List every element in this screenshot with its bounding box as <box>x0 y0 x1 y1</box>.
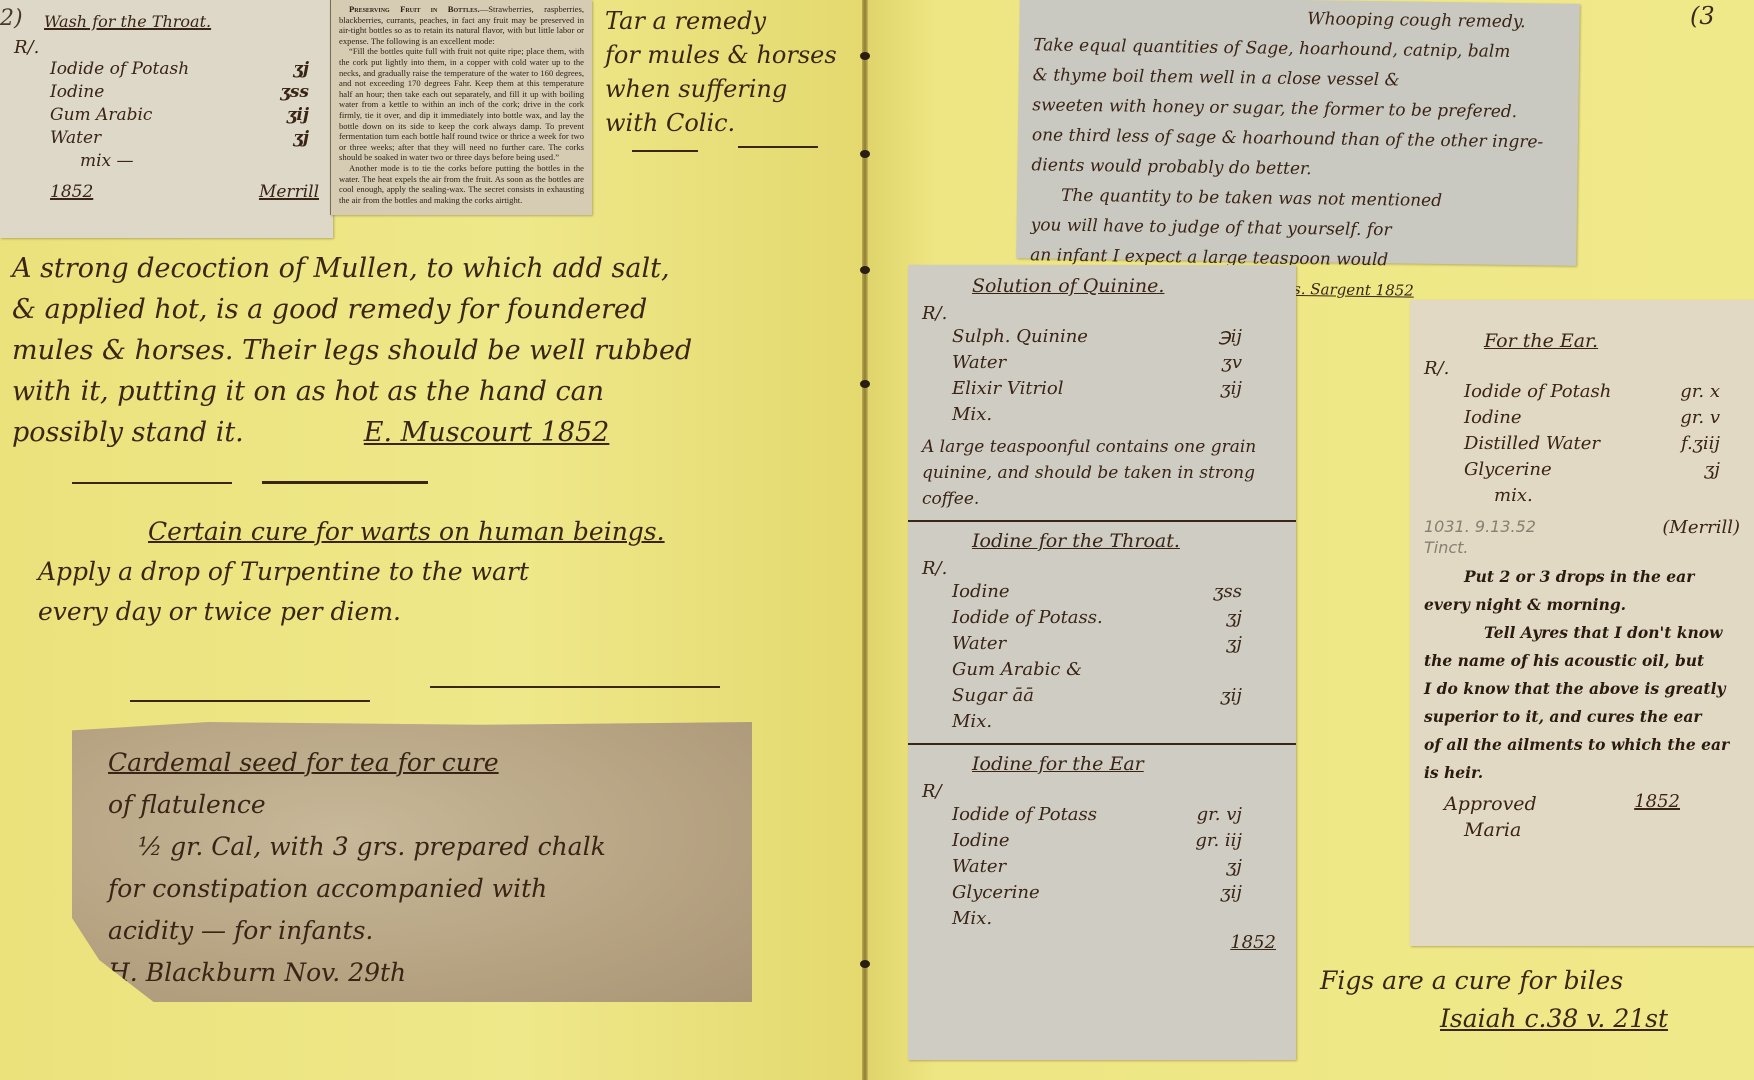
divider-line <box>738 146 818 148</box>
slip-year: 1852 <box>922 932 1276 953</box>
mix-instruction: Mix. <box>922 709 1282 735</box>
slip-title: For the Ear. <box>1484 330 1740 352</box>
mullen-signature: E. Muscourt 1852 <box>364 412 610 453</box>
ingredient-row: Iodineʒss <box>50 81 319 104</box>
ingredient-row: Waterʒj <box>50 127 319 150</box>
divider-line <box>130 700 370 702</box>
clipping-paragraph: “Fill the bottles quite full with fruit … <box>339 46 584 163</box>
ingredient-row: Sugar āāʒij <box>922 683 1282 709</box>
binding-stitch <box>860 380 870 388</box>
pencil-annotation: Tinct. <box>1424 538 1740 557</box>
solution-of-quinine-section: Solution of Quinine. R/. Sulph. Quinine℈… <box>922 275 1282 512</box>
ear-slip-body: Put 2 or 3 drops in the ear every night … <box>1424 563 1740 787</box>
whooping-cough-slip: Whooping cough remedy. Take equal quanti… <box>1016 0 1580 266</box>
ingredient-row: Iodide of Potashgr. x <box>1424 379 1740 405</box>
slip-footer: 1852 Merrill <box>50 181 319 204</box>
ingredient-row: Gum Arabicʒij <box>50 104 319 127</box>
ingredient-row: Iodide of Potass.ʒj <box>922 605 1282 631</box>
section-divider <box>908 520 1296 522</box>
section-divider <box>908 743 1296 745</box>
for-the-ear-slip: For the Ear. R/. Iodide of Potashgr. x I… <box>1410 300 1754 946</box>
clipping-paragraph: Another mode is to tie the corks before … <box>339 163 584 205</box>
ingredient-row: Iodide of Potassgr. vj <box>922 802 1282 828</box>
ingredient-row: Iodide of Potashʒj <box>50 58 319 81</box>
ingredient-row: Waterʒj <box>922 854 1282 880</box>
tar-remedy-note: Tar a remedy for mules & horses when suf… <box>605 4 860 140</box>
binding-stitch <box>860 266 870 274</box>
slip-year: 1852 <box>50 181 93 204</box>
pencil-annotation: 1031. 9.13.52 <box>1424 517 1536 538</box>
divider-line <box>430 686 720 688</box>
ingredient-row: Glycerineʒij <box>922 880 1282 906</box>
newspaper-clipping: Preserving Fruit in Bottles.—Strawberrie… <box>330 0 592 215</box>
mix-instruction: Mix. <box>922 402 1282 428</box>
ingredient-row: Distilled Waterf.ʒiij <box>1424 431 1740 457</box>
ingredient-row: Iodinegr. iij <box>922 828 1282 854</box>
slip-year: 1852 <box>1634 791 1680 812</box>
warts-cure-note: Certain cure for warts on human beings. … <box>38 512 818 632</box>
approval: Approved Maria <box>1424 791 1537 843</box>
binding-stitch <box>860 960 870 968</box>
wash-for-throat-slip: 2) Wash for the Throat. R/. Iodide of Po… <box>0 0 333 238</box>
slip-title: Wash for the Throat. <box>44 12 319 31</box>
ingredient-row: Waterʒv <box>922 350 1282 376</box>
ingredient-row: Iodinegr. v <box>1424 405 1740 431</box>
binding-stitch <box>860 150 870 158</box>
ingredient-row: Sulph. Quinine℈ij <box>922 324 1282 350</box>
page-number-right: (3 <box>1690 2 1715 30</box>
mix-instruction: Mix. <box>922 906 1282 932</box>
scripture-reference: Isaiah c.38 v. 21st <box>1440 1000 1750 1038</box>
ingredient-row: Elixir Vitriolʒij <box>922 376 1282 402</box>
ingredient-row: Glycerineʒj <box>1424 457 1740 483</box>
cardemal-seed-slip: Cardemal seed for tea for cure of flatul… <box>72 722 752 1002</box>
mix-instruction: mix — <box>50 150 319 173</box>
page-number-left: 2) <box>0 6 23 31</box>
binding-stitch <box>860 52 870 60</box>
mullen-remedy-note: A strong decoction of Mullen, to which a… <box>12 248 857 453</box>
divider-line <box>262 481 428 484</box>
divider-line <box>72 482 232 484</box>
mix-instruction: mix. <box>1424 483 1740 509</box>
figs-note: Figs are a cure for biles Isaiah c.38 v.… <box>1320 962 1750 1038</box>
ingredient-row: Waterʒj <box>922 631 1282 657</box>
rx-symbol: R/. <box>14 37 319 58</box>
dosage-note: A large teaspoonful contains one grain q… <box>922 434 1282 512</box>
ingredient-row: Gum Arabic & <box>922 657 1282 683</box>
iodine-for-throat-section: Iodine for the Throat. R/. Iodineʒss Iod… <box>922 530 1282 735</box>
slip-attribution: (Merrill) <box>1662 517 1740 538</box>
clipping-heading: Preserving Fruit in Bottles. <box>349 4 480 14</box>
ingredient-row: Iodineʒss <box>922 579 1282 605</box>
slip-signature: Merrill <box>259 181 319 204</box>
note-title: Certain cure for warts on human beings. <box>148 517 665 546</box>
quinine-iodine-slip: Solution of Quinine. R/. Sulph. Quinine℈… <box>908 265 1296 1060</box>
divider-line <box>632 150 698 152</box>
book-gutter <box>862 0 868 1080</box>
iodine-for-ear-section: Iodine for the Ear R/ Iodide of Potassgr… <box>922 753 1282 953</box>
